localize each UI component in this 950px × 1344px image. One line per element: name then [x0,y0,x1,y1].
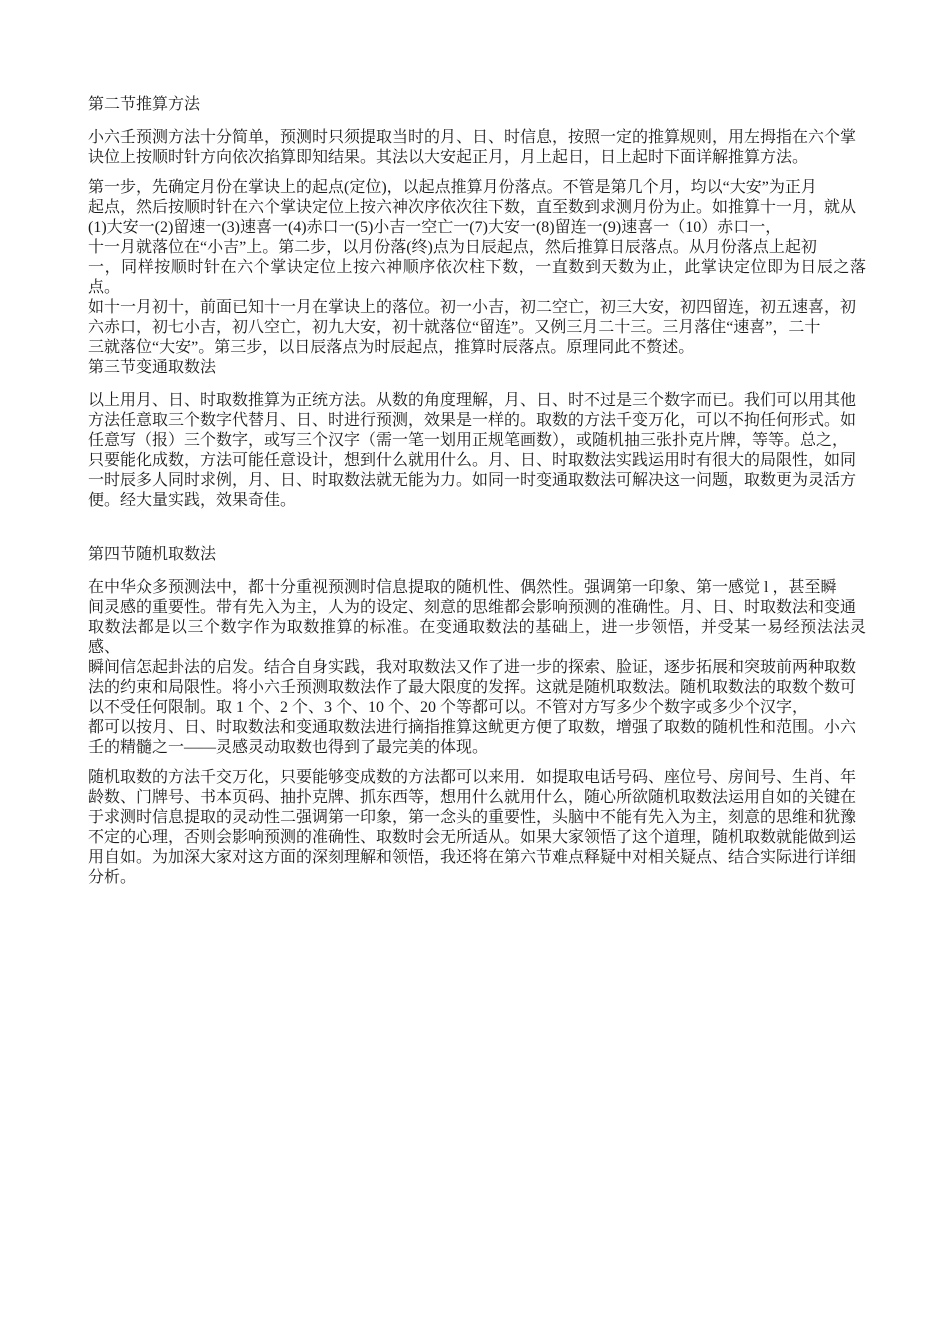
paragraph-intro: 小六壬预测方法十分简单，预测时只须提取当时的月、日、时信息，按照一定的推算规则，… [88,128,866,168]
paragraph-steps: 第一步，先确定月份在掌诀上的起点(定位)，以起点推算月份落点。不管是第几个月，均… [88,178,866,358]
section-tuisuan-fangfa: 第二节推算方法 小六壬预测方法十分简单，预测时只须提取当时的月、日、时信息，按照… [88,95,866,358]
section-heading-biantong: 第三节变通取数法 [88,358,866,378]
paragraph-suiji-2: 随机取数的方法千交万化，只要能够变成数的方法都可以来用．如提取电话号码、座位号、… [88,768,866,888]
document-page: 第二节推算方法 小六壬预测方法十分简单，预测时只须提取当时的月、日、时信息，按照… [0,0,950,1344]
paragraph-biantong: 以上用月、日、时取数推算为正统方法。从数的角度理解，月、日、时不过是三个数字而已… [88,391,866,511]
section-biantong-qushufa: 第三节变通取数法 以上用月、日、时取数推算为正统方法。从数的角度理解，月、日、时… [88,358,866,511]
paragraph-suiji-1: 在中华众多预测法中，都十分重视预测时信息提取的随机性、偶然性。强调第一印象、第一… [88,578,866,758]
section-suiji-qushufa: 第四节随机取数法 在中华众多预测法中，都十分重视预测时信息提取的随机性、偶然性。… [88,545,866,888]
section-heading-suiji: 第四节随机取数法 [88,545,866,565]
section-heading-tuisuan: 第二节推算方法 [88,95,866,115]
